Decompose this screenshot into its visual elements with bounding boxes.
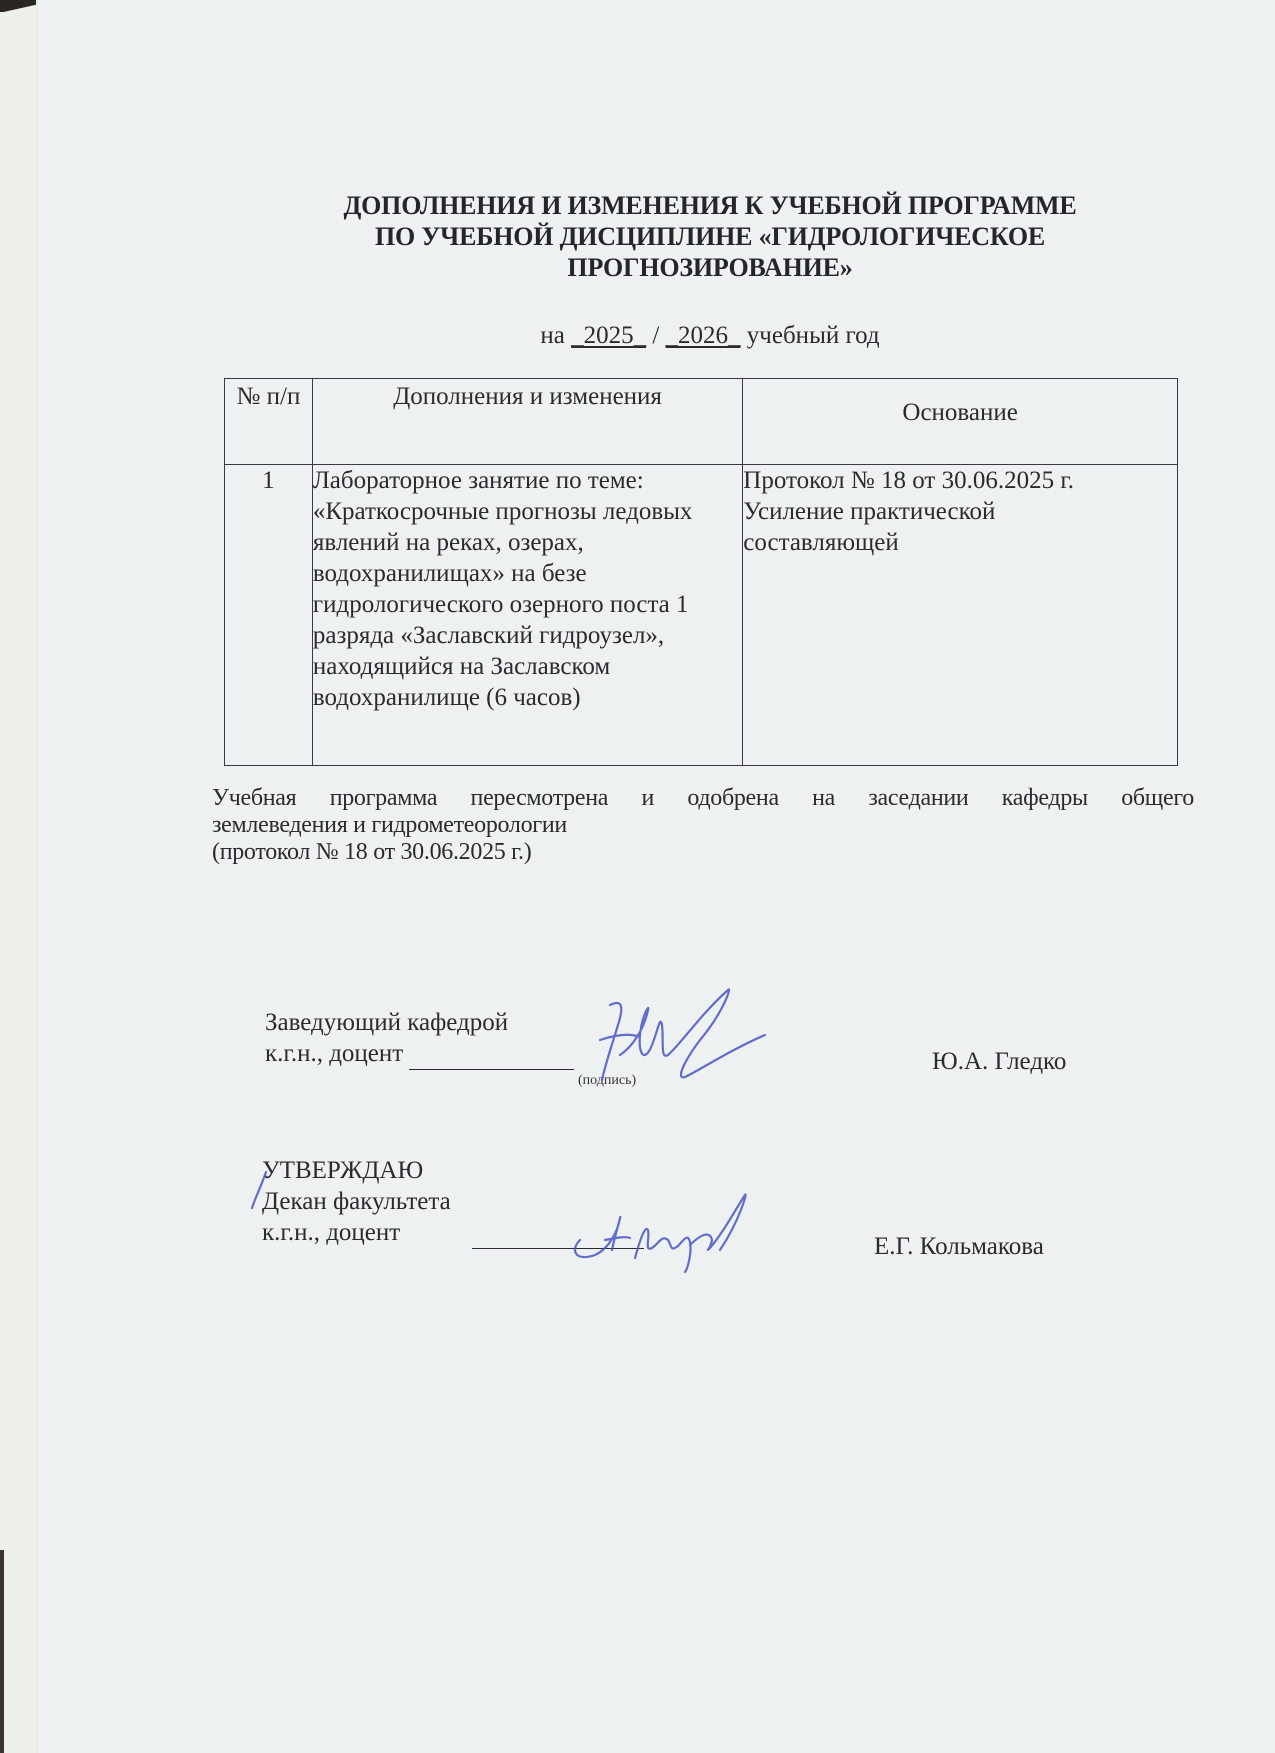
head-name: Ю.А. Гледко <box>932 1048 1066 1076</box>
academic-year-line: на _2025_ / _2026_ учебный год <box>400 322 1020 350</box>
dean-handwritten-signature <box>560 1190 760 1280</box>
year-to: _2026_ <box>666 322 741 349</box>
year-suffix: учебный год <box>741 322 880 349</box>
year-separator: / <box>646 322 665 349</box>
head-signature-line <box>409 1038 574 1070</box>
approve-label: УТВЕРЖДАЮ <box>262 1155 644 1186</box>
title-line-3: ПРОГНОЗИРОВАНИЕ» <box>260 252 1160 283</box>
header-change: Дополнения и изменения <box>312 379 742 465</box>
head-degree: к.г.н., доцент <box>265 1040 403 1067</box>
scan-edge-shadow <box>0 1550 4 1753</box>
row-basis: Протокол № 18 от 30.06.2025 г. Усиление … <box>743 465 1178 766</box>
title-line-2: ПО УЧЕБНОЙ ДИСЦИПЛИНЕ «ГИДРОЛОГИЧЕСКОЕ <box>260 221 1160 252</box>
changes-table: № п/п Дополнения и изменения Основание 1… <box>224 378 1178 766</box>
approval-paragraph: Учебная программа пересмотрена и одобрен… <box>212 785 1194 866</box>
year-prefix: на <box>540 322 571 349</box>
scan-margin <box>0 0 38 1753</box>
approval-tick-mark <box>250 1170 270 1210</box>
title-line-1: ДОПОЛНЕНИЯ И ИЗМЕНЕНИЯ К УЧЕБНОЙ ПРОГРАМ… <box>260 190 1160 221</box>
head-handwritten-signature <box>590 985 770 1095</box>
basis-reason: Усиление практической составляющей <box>743 496 1043 558</box>
approval-line-1: Учебная программа пересмотрена и одобрен… <box>212 785 1194 812</box>
approval-line-3: (протокол № 18 от 30.06.2025 г.) <box>212 839 1194 866</box>
document-title: ДОПОЛНЕНИЯ И ИЗМЕНЕНИЯ К УЧЕБНОЙ ПРОГРАМ… <box>260 190 1160 283</box>
table-row: 1 Лабораторное занятие по теме: «Краткос… <box>225 465 1178 766</box>
header-basis: Основание <box>743 379 1178 465</box>
approval-line-2: землеведения и гидрометеорологии <box>212 812 1194 839</box>
dean-name: Е.Г. Кольмакова <box>874 1233 1044 1261</box>
head-signature-block: Заведующий кафедрой к.г.н., доцент <box>265 1007 574 1070</box>
year-from: _2025_ <box>571 322 646 349</box>
row-num: 1 <box>225 465 313 766</box>
header-num: № п/п <box>225 379 313 465</box>
row-change: Лабораторное занятие по теме: «Краткосро… <box>312 465 742 766</box>
dean-degree: к.г.н., доцент <box>262 1219 400 1246</box>
basis-protocol: Протокол № 18 от 30.06.2025 г. <box>743 465 1177 496</box>
table-header-row: № п/п Дополнения и изменения Основание <box>225 379 1178 465</box>
head-role: Заведующий кафедрой <box>265 1007 574 1038</box>
